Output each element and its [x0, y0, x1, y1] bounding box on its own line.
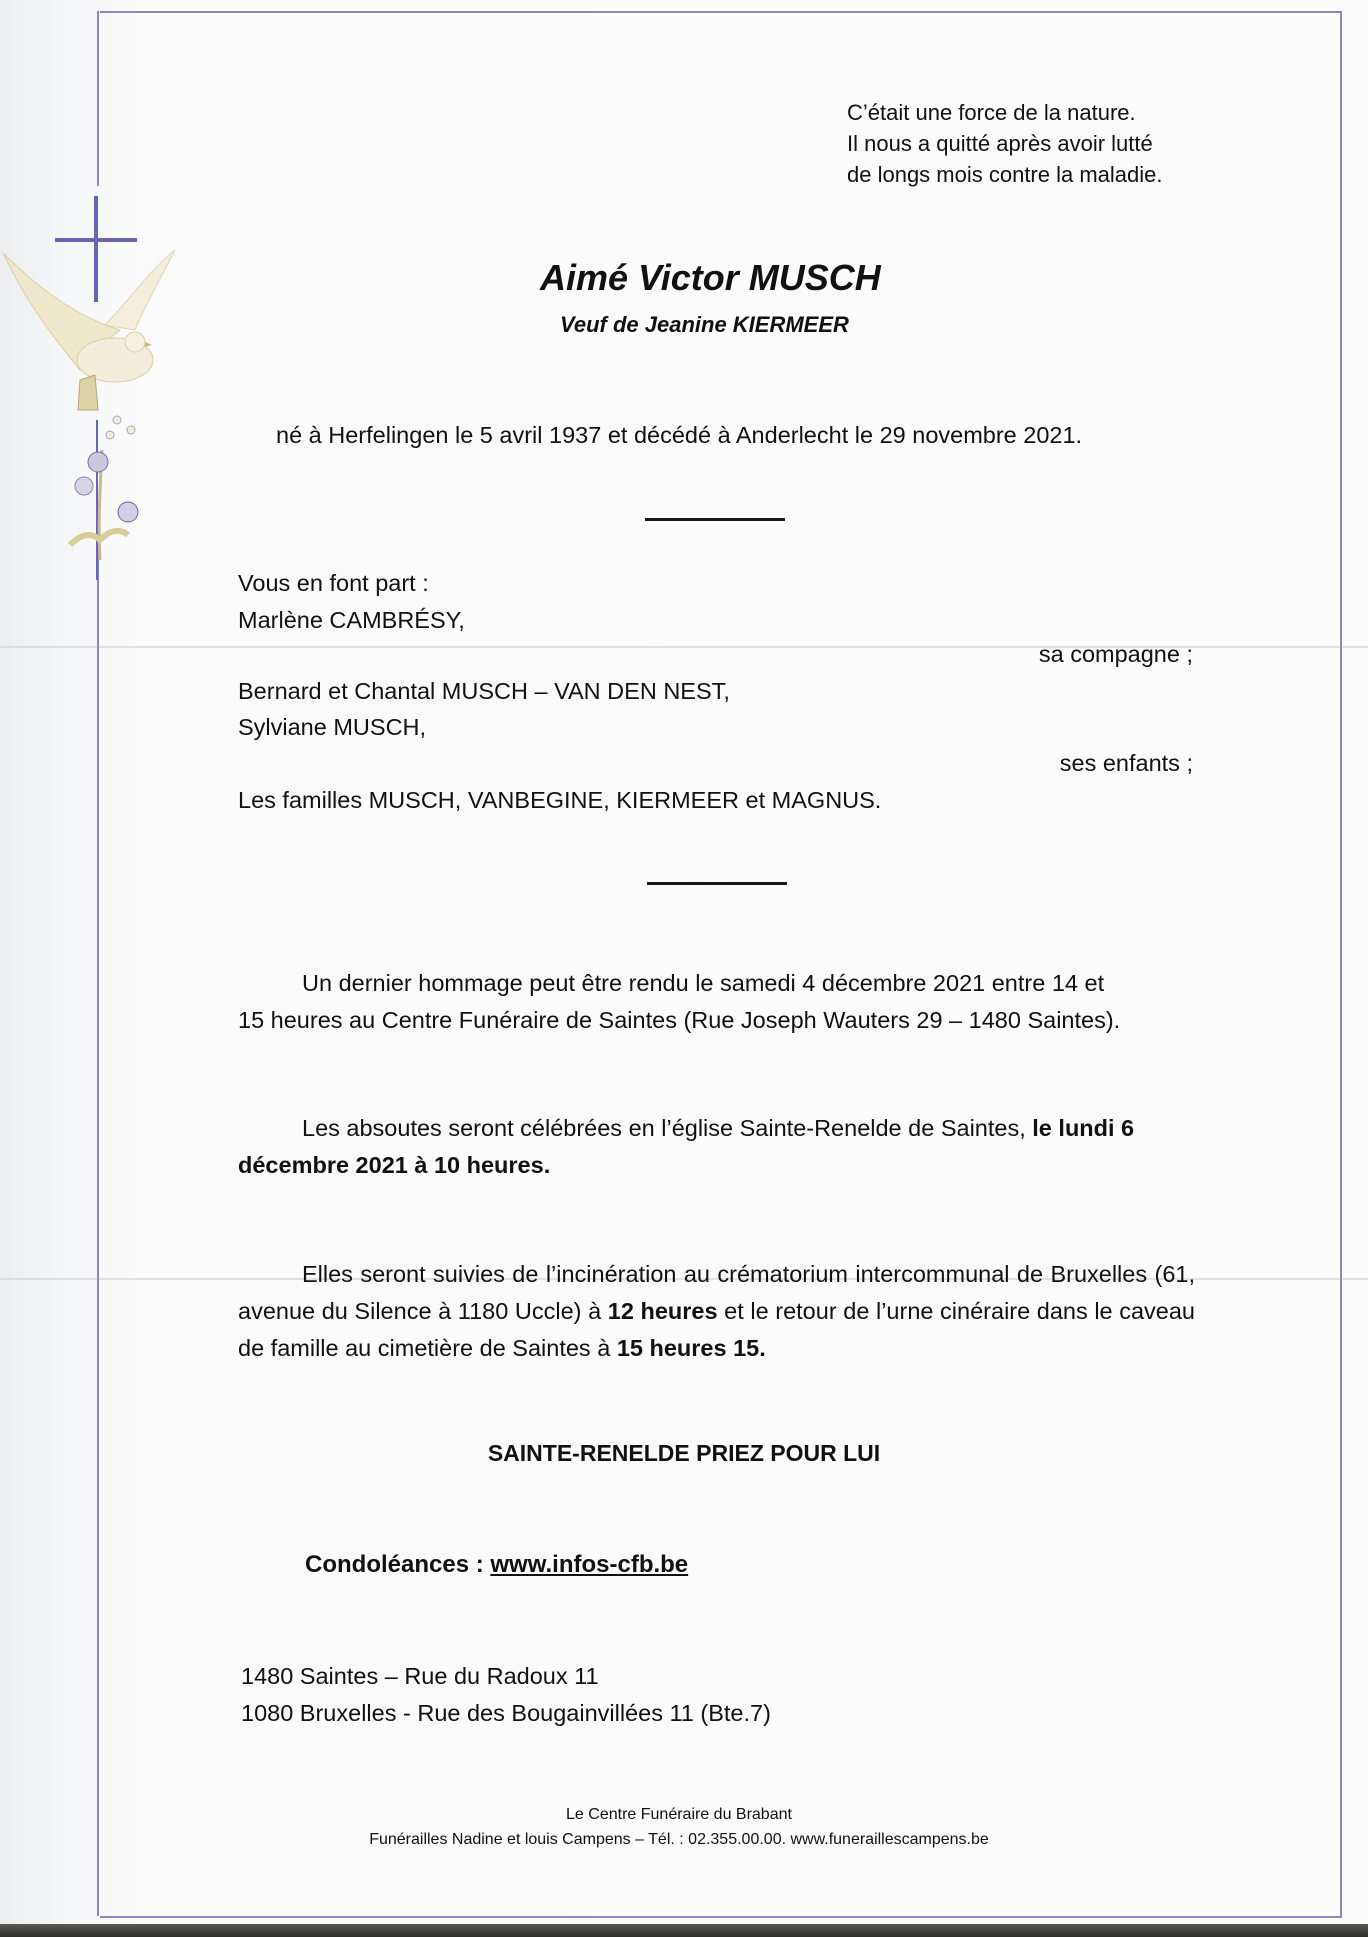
- opening-quote: C’était une force de la nature. Il nous …: [847, 97, 1163, 190]
- absolution-line-1: Les absoutes seront célébrées en l’églis…: [302, 1117, 1134, 1141]
- footer-line-1: Le Centre Funéraire du Brabant: [0, 1806, 1363, 1824]
- widow-of: Veuf de Jeanine KIERMEER: [560, 314, 849, 336]
- flower-illustration: [70, 416, 138, 580]
- cremation-paragraph: Elles seront suivies de l’incinération a…: [238, 1256, 1195, 1367]
- child-name: Bernard et Chantal MUSCH – VAN DEN NEST,: [238, 680, 730, 704]
- address-line: 1080 Bruxelles - Rue des Bougainvillées …: [241, 1702, 771, 1726]
- scanner-edge: [0, 1924, 1368, 1937]
- separator-line: [647, 882, 787, 885]
- separator-line: [645, 518, 785, 521]
- frame-left-segment: [97, 11, 99, 186]
- birth-death-line: né à Herfelingen le 5 avril 1937 et décé…: [276, 424, 1082, 448]
- children-role: ses enfants ;: [1060, 752, 1193, 776]
- dove-flower-illustration: [0, 250, 200, 580]
- announcers-intro: Vous en font part :: [238, 572, 429, 596]
- cross-icon-bar: [55, 238, 137, 242]
- deceased-name: Aimé Victor MUSCH: [540, 260, 881, 296]
- footer-line-2: Funérailles Nadine et louis Campens – Té…: [0, 1831, 1363, 1849]
- condolences: Condoléances : www.infos-cfb.be: [305, 1553, 688, 1577]
- companion-name: Marlène CAMBRÉSY,: [238, 609, 465, 633]
- condolences-link[interactable]: www.infos-cfb.be: [490, 1551, 688, 1578]
- families-line: Les familles MUSCH, VANBEGINE, KIERMEER …: [238, 789, 881, 813]
- companion-role: sa compagne ;: [1039, 643, 1193, 667]
- child-name: Sylviane MUSCH,: [238, 716, 426, 740]
- dove-illustration: [3, 250, 175, 410]
- frame-left-segment: [97, 545, 99, 1916]
- tribute-line-2: 15 heures au Centre Funéraire de Saintes…: [238, 1009, 1120, 1033]
- tribute-line-1: Un dernier hommage peut être rendu le sa…: [302, 972, 1104, 996]
- prayer-line: SAINTE-RENELDE PRIEZ POUR LUI: [0, 1442, 1368, 1465]
- address-line: 1480 Saintes – Rue du Radoux 11: [241, 1665, 599, 1689]
- absolution-line-2: décembre 2021 à 10 heures.: [238, 1154, 550, 1178]
